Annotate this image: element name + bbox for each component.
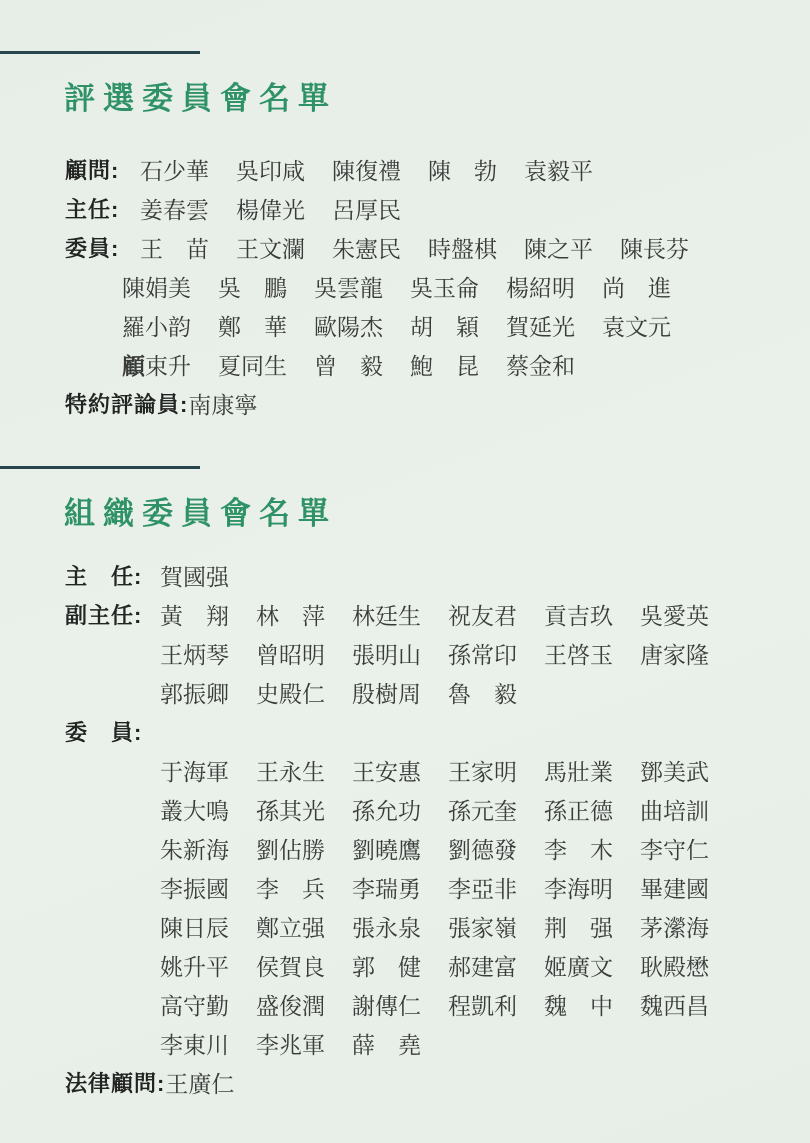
- jury-committee-list: 顧問:石少華吳印咸陳復禮陳 勃袁毅平主任:姜春雲楊偉光呂厚民委員:王 苗王文瀾朱…: [65, 150, 810, 423]
- committee-row: 王炳琴曾昭明張明山孫常印王啓玉唐家隆: [65, 634, 810, 673]
- name-list: 顧束升夏同生曾 毅鮑 昆蔡金和: [122, 348, 575, 381]
- role-label: 副主任:: [65, 599, 160, 630]
- person-name: 陳日辰: [160, 910, 229, 943]
- section-divider-rule: [0, 51, 200, 54]
- person-name: 李 兵: [256, 871, 325, 904]
- committee-row: 委 員:: [65, 712, 810, 751]
- person-name: 李瑞勇: [352, 871, 421, 904]
- person-name: 陳復禮: [332, 153, 401, 186]
- name-list: 叢大鳴孫其光孫允功孫元奎孫正德曲培訓: [160, 793, 709, 826]
- person-name: 陳長芬: [620, 231, 689, 264]
- name-list: 朱新海劉佔勝劉曉鷹劉德發李 木李守仁: [160, 832, 709, 865]
- person-name: 劉德發: [448, 832, 517, 865]
- name-list: 石少華吳印咸陳復禮陳 勃袁毅平: [140, 153, 593, 186]
- name-list: 于海軍王永生王安惠王家明馬壯業鄧美武: [160, 754, 709, 787]
- person-name: 郭 健: [352, 949, 421, 982]
- person-name: 張明山: [352, 637, 421, 670]
- role-label: 委 員:: [65, 716, 160, 747]
- person-name: 袁文元: [602, 309, 671, 342]
- person-name: 蔡金和: [506, 348, 575, 381]
- person-name: 王安惠: [352, 754, 421, 787]
- person-name: 荆 强: [544, 910, 613, 943]
- name-list: 南康寧: [188, 387, 257, 420]
- person-name: 時盤棋: [428, 231, 497, 264]
- person-name: 茅瀠海: [640, 910, 709, 943]
- person-name: 朱憲民: [332, 231, 401, 264]
- person-name: 魯 毅: [448, 676, 517, 709]
- person-name: 劉佔勝: [256, 832, 325, 865]
- name-list: 姚升平侯賀良郭 健郝建富姬廣文耿殿懋: [160, 949, 709, 982]
- committee-row: 陳娟美吳 鵬吳雲龍吳玉侖楊紹明尚 進: [65, 267, 810, 306]
- person-name: 耿殿懋: [640, 949, 709, 982]
- name-list: 郭振卿史殿仁殷樹周魯 毅: [160, 676, 517, 709]
- section-divider-rule: [0, 466, 200, 469]
- committee-row: 陳日辰鄭立强張永泉張家嶺荆 强茅瀠海: [65, 907, 810, 946]
- person-name: 孫常印: [448, 637, 517, 670]
- person-name: 夏同生: [218, 348, 287, 381]
- committee-row: 顧問:石少華吳印咸陳復禮陳 勃袁毅平: [65, 150, 810, 189]
- name-list: 王炳琴曾昭明張明山孫常印王啓玉唐家隆: [160, 637, 709, 670]
- person-name: 陳 勃: [428, 153, 497, 186]
- person-name: 盛俊潤: [256, 988, 325, 1021]
- person-name: 郝建富: [448, 949, 517, 982]
- person-name: 楊偉光: [236, 192, 305, 225]
- committee-row: 羅小韵鄭 華歐陽杰胡 穎賀延光袁文元: [65, 306, 810, 345]
- committee-row: 委員:王 苗王文瀾朱憲民時盤棋陳之平陳長芬: [65, 228, 810, 267]
- person-name: 史殿仁: [256, 676, 325, 709]
- person-name: 姬廣文: [544, 949, 613, 982]
- committee-row: 姚升平侯賀良郭 健郝建富姬廣文耿殿懋: [65, 946, 810, 985]
- person-name: 于海軍: [160, 754, 229, 787]
- committee-row: 叢大鳴孫其光孫允功孫元奎孫正德曲培訓: [65, 790, 810, 829]
- committee-row: 主 任:賀國强: [65, 556, 810, 595]
- person-name: 孫正德: [544, 793, 613, 826]
- person-name: 程凱利: [448, 988, 517, 1021]
- person-name: 馬壯業: [544, 754, 613, 787]
- person-name: 畢建國: [640, 871, 709, 904]
- name-list: 高守勤盛俊潤謝傳仁程凱利魏 中魏西昌: [160, 988, 709, 1021]
- name-list: 姜春雲楊偉光呂厚民: [140, 192, 401, 225]
- committee-row: 顧束升夏同生曾 毅鮑 昆蔡金和: [65, 345, 810, 384]
- person-name: 姜春雲: [140, 192, 209, 225]
- person-name: 李 木: [544, 832, 613, 865]
- person-name: 羅小韵: [122, 309, 191, 342]
- name-list: 賀國强: [160, 559, 229, 592]
- person-name: 李守仁: [640, 832, 709, 865]
- person-name: 魏西昌: [640, 988, 709, 1021]
- person-name: 孫允功: [352, 793, 421, 826]
- person-name: 張永泉: [352, 910, 421, 943]
- person-name: 貢吉玖: [544, 598, 613, 631]
- person-name: 唐家隆: [640, 637, 709, 670]
- person-name: 朱新海: [160, 832, 229, 865]
- person-name: 姚升平: [160, 949, 229, 982]
- name-list: 黃 翔林 萍林廷生祝友君貢吉玖吳愛英: [160, 598, 709, 631]
- person-name: 王廣仁: [165, 1066, 234, 1099]
- organizing-committee-title: 組織委員會名單: [64, 496, 810, 532]
- person-name: 王文瀾: [236, 231, 305, 264]
- committee-row: 特約評論員:南康寧: [65, 384, 810, 423]
- person-name: 鄭 華: [218, 309, 287, 342]
- role-label: 主 任:: [65, 560, 160, 591]
- person-name: 殷樹周: [352, 676, 421, 709]
- person-name: 叢大鳴: [160, 793, 229, 826]
- person-name: 黃 翔: [160, 598, 229, 631]
- person-name: 賀延光: [506, 309, 575, 342]
- name-list: 王廣仁: [165, 1066, 234, 1099]
- name-list: 陳日辰鄭立强張永泉張家嶺荆 强茅瀠海: [160, 910, 709, 943]
- person-name: 王 苗: [140, 231, 209, 264]
- role-label: 法律顧問:: [65, 1067, 165, 1098]
- person-name: 李兆軍: [256, 1027, 325, 1060]
- person-name: 呂厚民: [332, 192, 401, 225]
- person-name: 薛 堯: [352, 1027, 421, 1060]
- organizing-committee-list: 主 任:賀國强副主任:黃 翔林 萍林廷生祝友君貢吉玖吳愛英王炳琴曾昭明張明山孫常…: [65, 556, 810, 1102]
- person-name: 魏 中: [544, 988, 613, 1021]
- person-name: 王啓玉: [544, 637, 613, 670]
- committee-row: 高守勤盛俊潤謝傳仁程凱利魏 中魏西昌: [65, 985, 810, 1024]
- person-name: 鄧美武: [640, 754, 709, 787]
- name-list: 王 苗王文瀾朱憲民時盤棋陳之平陳長芬: [140, 231, 689, 264]
- person-name: 鄭立强: [256, 910, 325, 943]
- person-name: 李東川: [160, 1027, 229, 1060]
- person-name: 謝傳仁: [352, 988, 421, 1021]
- person-name: 石少華: [140, 153, 209, 186]
- person-name: 陳娟美: [122, 270, 191, 303]
- person-name: 陳之平: [524, 231, 593, 264]
- person-name: 賀國强: [160, 559, 229, 592]
- person-name: 李振國: [160, 871, 229, 904]
- person-name: 吳雲龍: [314, 270, 383, 303]
- name-list: 陳娟美吳 鵬吳雲龍吳玉侖楊紹明尚 進: [122, 270, 671, 303]
- committee-row: 李振國李 兵李瑞勇李亞非李海明畢建國: [65, 868, 810, 907]
- person-name: 顧束升: [122, 348, 191, 381]
- committee-row: 郭振卿史殿仁殷樹周魯 毅: [65, 673, 810, 712]
- name-list: 李東川李兆軍薛 堯: [160, 1027, 421, 1060]
- person-name: 曲培訓: [640, 793, 709, 826]
- person-name: 孫其光: [256, 793, 325, 826]
- person-name: 尚 進: [602, 270, 671, 303]
- person-name: 袁毅平: [524, 153, 593, 186]
- jury-committee-title: 評選委員會名單: [64, 81, 810, 117]
- scanned-document-page: 評選委員會名單 顧問:石少華吳印咸陳復禮陳 勃袁毅平主任:姜春雲楊偉光呂厚民委員…: [0, 0, 810, 1143]
- person-name: 南康寧: [188, 387, 257, 420]
- person-name: 王炳琴: [160, 637, 229, 670]
- person-name: 吳愛英: [640, 598, 709, 631]
- person-name: 王永生: [256, 754, 325, 787]
- role-label: 特約評論員:: [65, 388, 188, 419]
- person-name: 曾昭明: [256, 637, 325, 670]
- person-name: 張家嶺: [448, 910, 517, 943]
- committee-row: 主任:姜春雲楊偉光呂厚民: [65, 189, 810, 228]
- committee-row: 李東川李兆軍薛 堯: [65, 1024, 810, 1063]
- committee-row: 副主任:黃 翔林 萍林廷生祝友君貢吉玖吳愛英: [65, 595, 810, 634]
- person-name: 吳印咸: [236, 153, 305, 186]
- person-name: 高守勤: [160, 988, 229, 1021]
- person-name: 祝友君: [448, 598, 517, 631]
- person-name: 李亞非: [448, 871, 517, 904]
- person-name: 吳玉侖: [410, 270, 479, 303]
- person-name: 歐陽杰: [314, 309, 383, 342]
- name-list: 李振國李 兵李瑞勇李亞非李海明畢建國: [160, 871, 709, 904]
- person-name: 郭振卿: [160, 676, 229, 709]
- person-name: 胡 穎: [410, 309, 479, 342]
- person-name: 鮑 昆: [410, 348, 479, 381]
- person-name: 王家明: [448, 754, 517, 787]
- role-label: 委員:: [65, 232, 140, 263]
- person-name: 孫元奎: [448, 793, 517, 826]
- committee-row: 于海軍王永生王安惠王家明馬壯業鄧美武: [65, 751, 810, 790]
- person-name: 吳 鵬: [218, 270, 287, 303]
- person-name: 楊紹明: [506, 270, 575, 303]
- role-label: 顧問:: [65, 154, 140, 185]
- committee-row: 朱新海劉佔勝劉曉鷹劉德發李 木李守仁: [65, 829, 810, 868]
- person-name: 侯賀良: [256, 949, 325, 982]
- committee-row: 法律顧問:王廣仁: [65, 1063, 810, 1102]
- person-name: 林 萍: [256, 598, 325, 631]
- person-name: 曾 毅: [314, 348, 383, 381]
- person-name: 李海明: [544, 871, 613, 904]
- name-list: 羅小韵鄭 華歐陽杰胡 穎賀延光袁文元: [122, 309, 671, 342]
- role-label: 主任:: [65, 193, 140, 224]
- person-name: 劉曉鷹: [352, 832, 421, 865]
- person-name: 林廷生: [352, 598, 421, 631]
